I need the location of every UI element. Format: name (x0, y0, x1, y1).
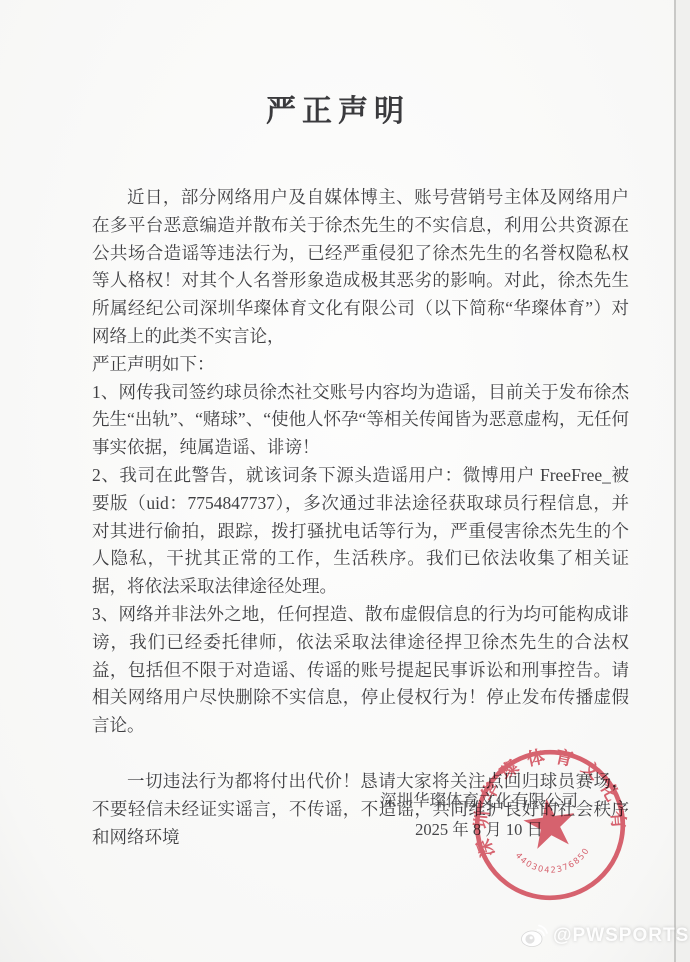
statement-paragraph-3: 3、网络并非法外之地，任何捏造、散布虚假信息的行为均可能构成诽谤，我们已经委托律… (92, 601, 629, 740)
statement-paragraph-1: 1、网传我司签约球员徐杰社交账号内容均为造谣，目前关于发布徐杰先生“出轨”、“赌… (92, 379, 629, 462)
page-right-margin (676, 0, 690, 962)
watermark: @PWSPORTS (520, 924, 689, 948)
signature-company: 深圳华璨体育文化有限公司 (380, 786, 578, 815)
signature-block: 深圳华璨体育文化有限公司 2025 年 8 月 10 日 (380, 786, 578, 844)
page-edge-line (674, 0, 676, 962)
statement-paragraph-lead: 严正声明如下： (92, 351, 629, 379)
scanned-statement-page: 严正声明 近日，部分网络用户及自媒体博主、账号营销号主体及网络用户在多平台恶意编… (0, 0, 690, 962)
statement-body: 近日，部分网络用户及自媒体博主、账号营销号主体及网络用户在多平台恶意编造并散布关… (92, 184, 629, 851)
document-title: 严正声明 (0, 86, 676, 130)
statement-paragraph-intro: 近日，部分网络用户及自媒体博主、账号营销号主体及网络用户在多平台恶意编造并散布关… (92, 184, 629, 351)
statement-paragraph-2: 2、我司在此警告，就该词条下源头造谣用户：微博用户 FreeFree_被要版（u… (92, 462, 629, 601)
watermark-handle: @PWSPORTS (553, 925, 689, 947)
signature-date: 2025 年 8 月 10 日 (380, 815, 578, 844)
weibo-icon (520, 924, 548, 948)
